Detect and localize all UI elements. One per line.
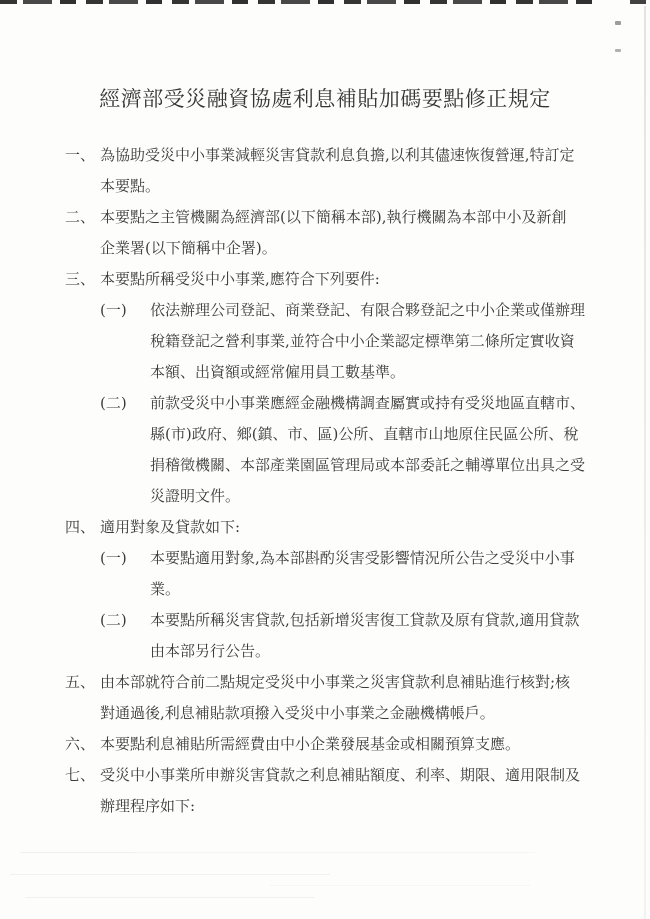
subitem-text: 本要點所稱災害貸款,包括新增災害復工貸款及原有貸款,適用貸款由本部另行公告。 <box>150 605 585 667</box>
item-marker: 一、 <box>65 140 100 171</box>
scanned-document-page: 經濟部受災融資協處利息補貼加碼要點修正規定 一、 為協助受災中小事業減輕災害貸款… <box>0 0 650 919</box>
doc-item-1: 一、 為協助受災中小事業減輕災害貸款利息負擔,以利其儘速恢復營運,特訂定本要點。 <box>65 140 585 202</box>
item-text: 本要點之主管機關為經濟部(以下簡稱本部),執行機關為本部中小及新創企業署(以下簡… <box>100 202 580 264</box>
doc-item-6: 六、 本要點利息補貼所需經費由中小企業發展基金或相關預算支應。 <box>65 729 585 760</box>
subitem-text: 前款受災中小事業應經金融機構調查屬實或持有受災地區直轄市、縣(市)政府、鄉(鎮、… <box>150 388 585 512</box>
scan-speck <box>615 49 621 52</box>
scan-streak <box>270 885 530 886</box>
doc-item-2: 二、 本要點之主管機關為經濟部(以下簡稱本部),執行機關為本部中小及新創企業署(… <box>65 202 585 264</box>
item-text: 適用對象及貸款如下: <box>100 512 580 543</box>
scan-artifact-top-edge-right <box>630 0 646 4</box>
subitem-marker: (一) <box>100 543 150 574</box>
subitem-marker: (二) <box>100 605 150 636</box>
scan-artifact-right-line <box>644 6 646 919</box>
scan-streak <box>25 897 315 898</box>
scan-streak <box>135 852 535 853</box>
scan-streak <box>10 874 330 875</box>
item-marker: 七、 <box>65 760 100 791</box>
item-marker: 六、 <box>65 729 100 760</box>
item-marker: 四、 <box>65 512 100 543</box>
doc-item-5: 五、 由本部就符合前二點規定受災中小事業之災害貸款利息補貼進行核對;核對通過後,… <box>65 667 585 729</box>
item-marker: 五、 <box>65 667 100 698</box>
scan-speck <box>615 21 621 25</box>
document-title: 經濟部受災融資協處利息補貼加碼要點修正規定 <box>0 83 650 113</box>
item-marker: 三、 <box>65 264 100 295</box>
item-text: 本要點所稱受災中小事業,應符合下列要件: <box>100 264 580 295</box>
subitem-marker: (二) <box>100 388 150 419</box>
item-marker: 二、 <box>65 202 100 233</box>
doc-item-7: 七、 受災中小事業所申辦災害貸款之利息補貼額度、利率、期限、適用限制及辦理程序如… <box>65 760 585 822</box>
document-body: 一、 為協助受災中小事業減輕災害貸款利息負擔,以利其儘速恢復營運,特訂定本要點。… <box>65 140 585 822</box>
doc-item-4: 四、 適用對象及貸款如下: <box>65 512 585 543</box>
scan-artifact-top-edge <box>0 0 594 4</box>
doc-item-3-sub-1: (一) 依法辦理公司登記、商業登記、有限合夥登記之中小企業或僅辦理稅籍登記之營利… <box>100 295 585 388</box>
subitem-marker: (一) <box>100 295 150 326</box>
doc-item-3-sub-2: (二) 前款受災中小事業應經金融機構調查屬實或持有受災地區直轄市、縣(市)政府、… <box>100 388 585 512</box>
doc-item-4-sub-2: (二) 本要點所稱災害貸款,包括新增災害復工貸款及原有貸款,適用貸款由本部另行公… <box>100 605 585 667</box>
item-text: 受災中小事業所申辦災害貸款之利息補貼額度、利率、期限、適用限制及辦理程序如下: <box>100 760 580 822</box>
doc-item-3: 三、 本要點所稱受災中小事業,應符合下列要件: <box>65 264 585 295</box>
doc-item-4-sub-1: (一) 本要點適用對象,為本部斟酌災害受影響情況所公告之受災中小事業。 <box>100 543 585 605</box>
item-text: 由本部就符合前二點規定受災中小事業之災害貸款利息補貼進行核對;核對通過後,利息補… <box>100 667 580 729</box>
item-text: 為協助受災中小事業減輕災害貸款利息負擔,以利其儘速恢復營運,特訂定本要點。 <box>100 140 580 202</box>
subitem-text: 本要點適用對象,為本部斟酌災害受影響情況所公告之受災中小事業。 <box>150 543 585 605</box>
item-text: 本要點利息補貼所需經費由中小企業發展基金或相關預算支應。 <box>100 729 580 760</box>
subitem-text: 依法辦理公司登記、商業登記、有限合夥登記之中小企業或僅辦理稅籍登記之營利事業,並… <box>150 295 585 388</box>
